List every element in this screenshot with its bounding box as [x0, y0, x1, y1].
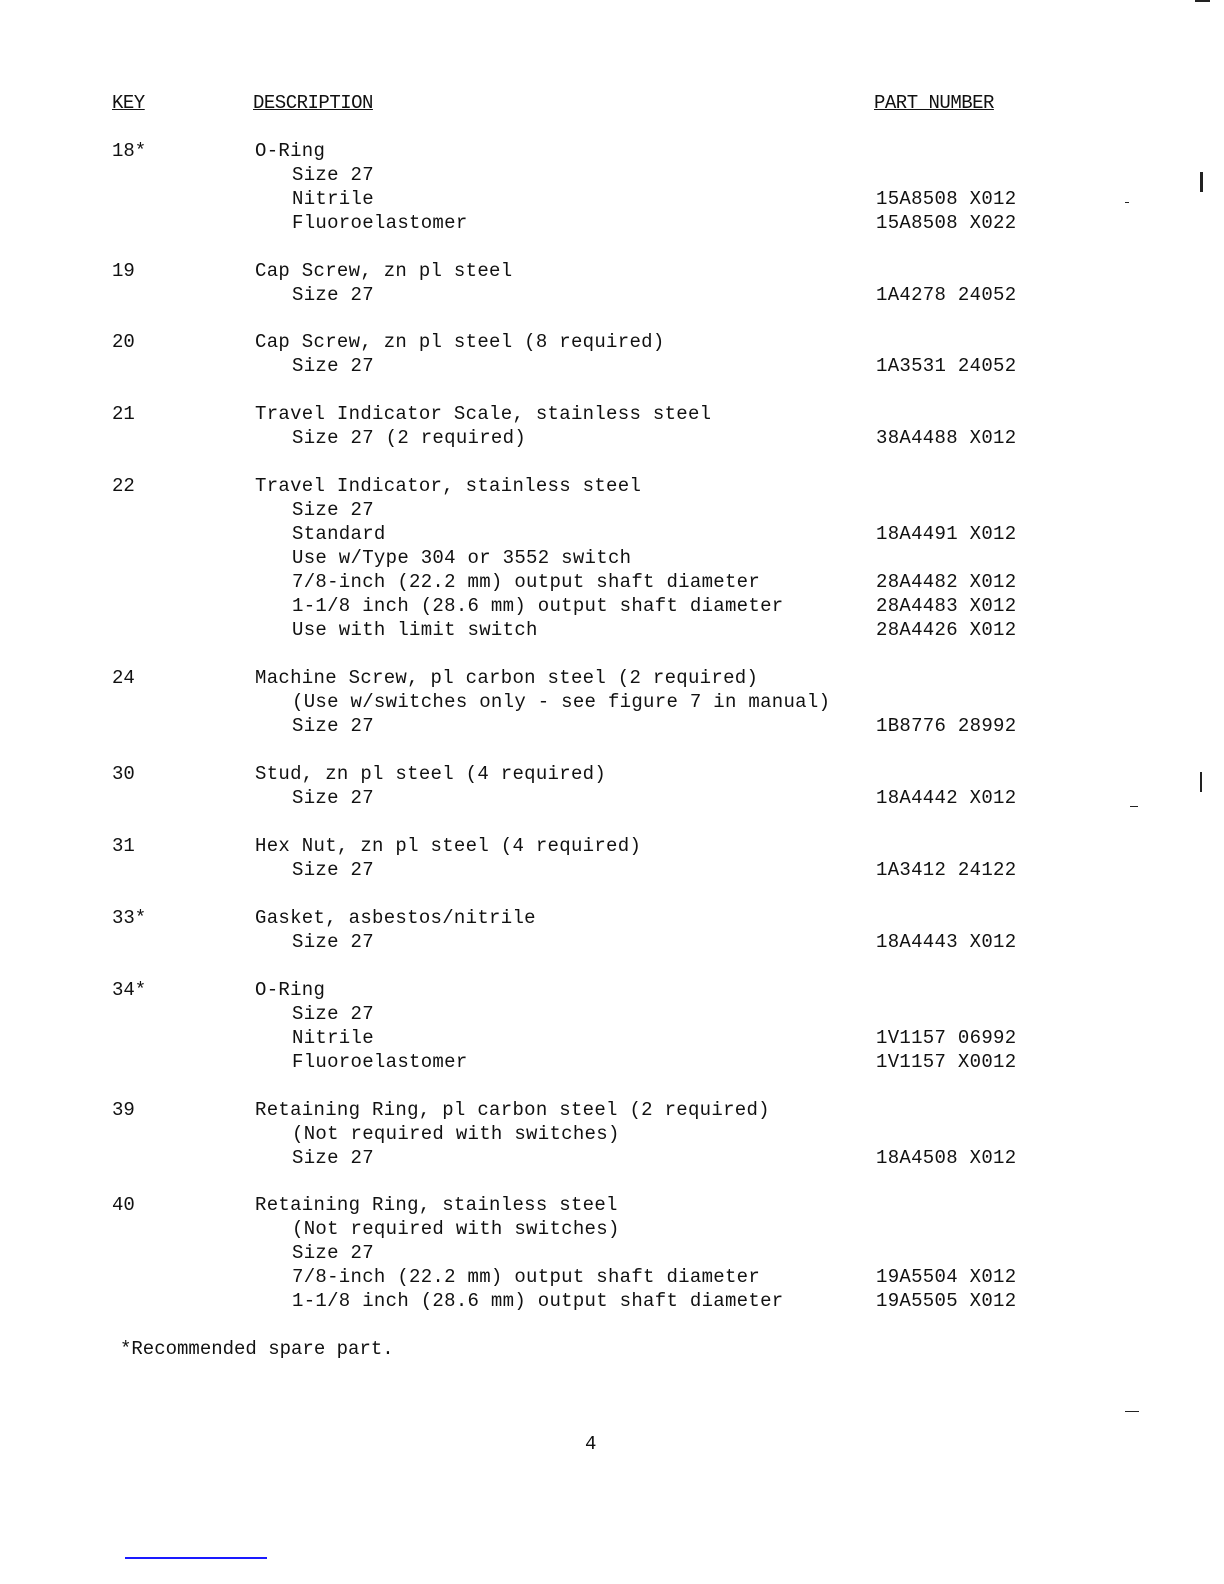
table-row: 34*O-Ring	[0, 978, 1224, 1002]
table-row: Size 271A4278 24052	[0, 283, 1224, 307]
part-number: 15A8508 X012	[876, 187, 1016, 211]
footnote: *Recommended spare part.	[120, 1337, 394, 1361]
parts-list-page: KEY DESCRIPTION PART NUMBER 18*O-RingSiz…	[0, 0, 1224, 1584]
table-row: (Not required with switches)	[0, 1217, 1224, 1241]
table-row: Nitrile1V1157 06992	[0, 1026, 1224, 1050]
item-description: O-Ring	[255, 139, 325, 163]
table-row: 31Hex Nut, zn pl steel (4 required)	[0, 834, 1224, 858]
part-number: 15A8508 X022	[876, 211, 1016, 235]
table-row: Size 271A3531 24052	[0, 354, 1224, 378]
table-row: (Use w/switches only - see figure 7 in m…	[0, 690, 1224, 714]
item-detail: Size 27 (2 required)	[292, 426, 526, 450]
part-number: 18A4442 X012	[876, 786, 1016, 810]
item-description: Stud, zn pl steel (4 required)	[255, 762, 606, 786]
scan-mark	[1130, 806, 1138, 807]
table-row: Size 27	[0, 163, 1224, 187]
header-part-number: PART NUMBER	[874, 92, 994, 114]
item-key: 21	[112, 402, 135, 426]
part-number: 1B8776 28992	[876, 714, 1016, 738]
table-row: 21Travel Indicator Scale, stainless stee…	[0, 402, 1224, 426]
part-number: 1V1157 X0012	[876, 1050, 1016, 1074]
item-detail: Size 27	[292, 930, 374, 954]
item-key: 39	[112, 1098, 135, 1122]
item-key: 40	[112, 1193, 135, 1217]
item-detail: Fluoroelastomer	[292, 1050, 468, 1074]
part-number: 19A5505 X012	[876, 1289, 1016, 1313]
part-number: 28A4426 X012	[876, 618, 1016, 642]
table-row: Size 27	[0, 498, 1224, 522]
table-row: Fluoroelastomer15A8508 X022	[0, 211, 1224, 235]
scan-mark	[1125, 1411, 1139, 1412]
part-number: 1A3531 24052	[876, 354, 1016, 378]
item-detail: Use with limit switch	[292, 618, 538, 642]
table-row: 30Stud, zn pl steel (4 required)	[0, 762, 1224, 786]
table-row: 33*Gasket, asbestos/nitrile	[0, 906, 1224, 930]
item-key: 18*	[112, 139, 146, 163]
part-number: 18A4491 X012	[876, 522, 1016, 546]
item-detail: (Not required with switches)	[292, 1217, 620, 1241]
item-detail: (Not required with switches)	[292, 1122, 620, 1146]
item-key: 19	[112, 259, 135, 283]
item-key: 33*	[112, 906, 146, 930]
table-row: Size 27 (2 required)38A4488 X012	[0, 426, 1224, 450]
item-detail: Size 27	[292, 1241, 374, 1265]
item-detail: Size 27	[292, 1002, 374, 1026]
item-detail: Size 27	[292, 786, 374, 810]
item-detail: Use w/Type 304 or 3552 switch	[292, 546, 631, 570]
item-description: Gasket, asbestos/nitrile	[255, 906, 536, 930]
item-detail: 7/8-inch (22.2 mm) output shaft diameter	[292, 570, 760, 594]
item-description: Retaining Ring, stainless steel	[255, 1193, 618, 1217]
table-row: 19Cap Screw, zn pl steel	[0, 259, 1224, 283]
item-detail: Size 27	[292, 1146, 374, 1170]
header-key: KEY	[112, 92, 145, 114]
item-detail: Size 27	[292, 498, 374, 522]
item-description: Travel Indicator Scale, stainless steel	[255, 402, 711, 426]
item-detail: Size 27	[292, 354, 374, 378]
table-row: Use with limit switch28A4426 X012	[0, 618, 1224, 642]
table-row: Size 27	[0, 1002, 1224, 1026]
table-row: 22Travel Indicator, stainless steel	[0, 474, 1224, 498]
item-detail: 1-1/8 inch (28.6 mm) output shaft diamet…	[292, 594, 783, 618]
table-row: Size 27	[0, 1241, 1224, 1265]
table-row: 39Retaining Ring, pl carbon steel (2 req…	[0, 1098, 1224, 1122]
item-detail: Size 27	[292, 714, 374, 738]
item-description: Cap Screw, zn pl steel	[255, 259, 512, 283]
part-number: 1V1157 06992	[876, 1026, 1016, 1050]
table-row: Use w/Type 304 or 3552 switch	[0, 546, 1224, 570]
table-row: 18*O-Ring	[0, 139, 1224, 163]
item-detail: (Use w/switches only - see figure 7 in m…	[292, 690, 830, 714]
item-description: Machine Screw, pl carbon steel (2 requir…	[255, 666, 758, 690]
item-description: Travel Indicator, stainless steel	[255, 474, 641, 498]
table-row: 7/8-inch (22.2 mm) output shaft diameter…	[0, 1265, 1224, 1289]
part-number: 28A4482 X012	[876, 570, 1016, 594]
table-row: 1-1/8 inch (28.6 mm) output shaft diamet…	[0, 594, 1224, 618]
item-description: O-Ring	[255, 978, 325, 1002]
table-row: Size 2718A4442 X012	[0, 786, 1224, 810]
item-key: 31	[112, 834, 135, 858]
table-row: 20Cap Screw, zn pl steel (8 required)	[0, 330, 1224, 354]
part-number: 1A4278 24052	[876, 283, 1016, 307]
item-key: 30	[112, 762, 135, 786]
item-detail: Size 27	[292, 163, 374, 187]
table-row: Nitrile15A8508 X012	[0, 187, 1224, 211]
part-number: 18A4508 X012	[876, 1146, 1016, 1170]
item-description: Cap Screw, zn pl steel (8 required)	[255, 330, 665, 354]
table-row: Fluoroelastomer1V1157 X0012	[0, 1050, 1224, 1074]
item-key: 34*	[112, 978, 146, 1002]
part-number: 1A3412 24122	[876, 858, 1016, 882]
table-row: Standard18A4491 X012	[0, 522, 1224, 546]
item-detail: Standard	[292, 522, 386, 546]
item-detail: Nitrile	[292, 187, 374, 211]
table-row: Size 2718A4443 X012	[0, 930, 1224, 954]
part-number: 19A5504 X012	[876, 1265, 1016, 1289]
table-row: 1-1/8 inch (28.6 mm) output shaft diamet…	[0, 1289, 1224, 1313]
item-detail: 7/8-inch (22.2 mm) output shaft diameter	[292, 1265, 760, 1289]
table-row: (Not required with switches)	[0, 1122, 1224, 1146]
blue-rule	[125, 1557, 267, 1559]
item-description: Retaining Ring, pl carbon steel (2 requi…	[255, 1098, 770, 1122]
item-key: 24	[112, 666, 135, 690]
header-description: DESCRIPTION	[253, 92, 373, 114]
item-detail: Size 27	[292, 858, 374, 882]
item-key: 20	[112, 330, 135, 354]
page-number: 4	[585, 1433, 596, 1455]
item-detail: Nitrile	[292, 1026, 374, 1050]
item-detail: Size 27	[292, 283, 374, 307]
scan-mark	[1200, 772, 1202, 792]
table-row: 24Machine Screw, pl carbon steel (2 requ…	[0, 666, 1224, 690]
table-row: 40Retaining Ring, stainless steel	[0, 1193, 1224, 1217]
scan-mark	[1125, 202, 1129, 203]
item-description: Hex Nut, zn pl steel (4 required)	[255, 834, 641, 858]
item-detail: 1-1/8 inch (28.6 mm) output shaft diamet…	[292, 1289, 783, 1313]
scan-mark	[1200, 172, 1203, 192]
table-row: Size 2718A4508 X012	[0, 1146, 1224, 1170]
table-row: 7/8-inch (22.2 mm) output shaft diameter…	[0, 570, 1224, 594]
item-detail: Fluoroelastomer	[292, 211, 468, 235]
part-number: 28A4483 X012	[876, 594, 1016, 618]
item-key: 22	[112, 474, 135, 498]
part-number: 18A4443 X012	[876, 930, 1016, 954]
table-row: Size 271B8776 28992	[0, 714, 1224, 738]
part-number: 38A4488 X012	[876, 426, 1016, 450]
table-row: Size 271A3412 24122	[0, 858, 1224, 882]
scan-mark	[1195, 0, 1210, 2]
